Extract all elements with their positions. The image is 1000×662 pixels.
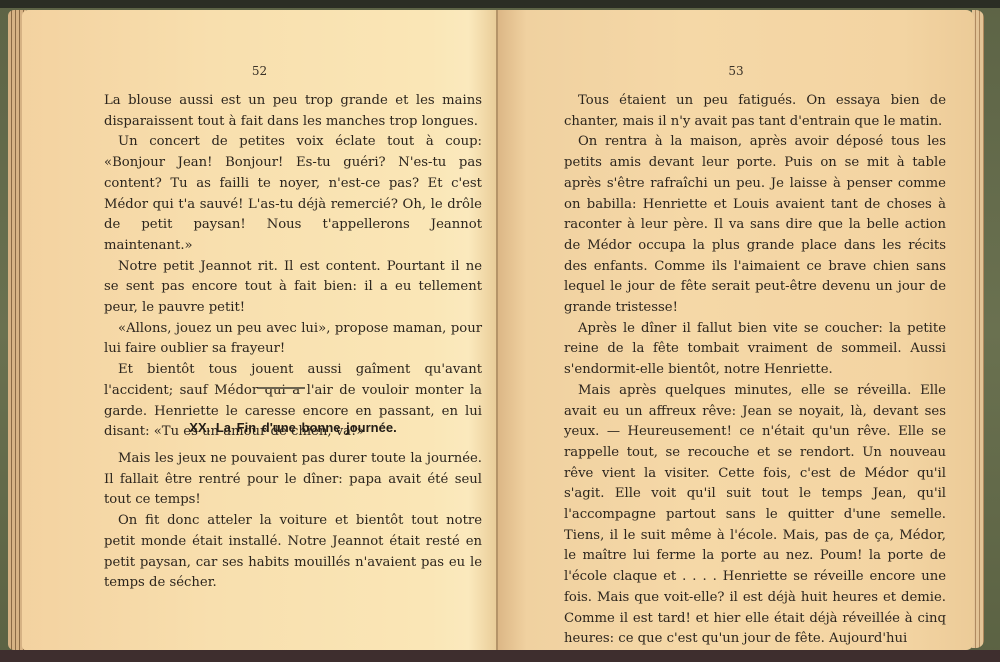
paragraph: Mais après quelques minutes, elle se rév… [564,381,946,650]
paragraph: Après le dîner il fallut bien vite se co… [564,319,946,381]
right-page: 53 Tous étaient un peu fatigués. On essa… [498,10,974,650]
paragraph: Notre petit Jeannot rit. Il est content.… [104,257,482,319]
paragraph: On rentra à la maison, après avoir dépos… [564,132,946,318]
paragraph: La blouse aussi est un peu trop grande e… [104,91,482,132]
paragraph: Tous étaient un peu fatigués. On essaya … [564,91,946,132]
page-number-left: 52 [22,64,497,78]
right-page-text: Tous étaient un peu fatigués. On essaya … [564,91,946,650]
section-divider [258,387,305,389]
left-page-text-after-chapter: Mais les jeux ne pouvaient pas durer tou… [104,449,482,594]
cover-top-edge [0,0,1000,8]
paragraph: On fit donc atteler la voiture et bientô… [104,511,482,594]
paragraph: Un concert de petites voix éclate tout à… [104,132,482,256]
paragraph: «Allons, jouez un peu avec lui», propose… [104,319,482,360]
chapter-heading: XX. La Fin d'une bonne journée. [104,420,482,435]
left-page: 52 La blouse aussi est un peu trop grand… [22,10,497,650]
paragraph: Mais les jeux ne pouvaient pas durer tou… [104,449,482,511]
cover-bottom-edge [0,650,1000,662]
left-page-text-before-chapter: La blouse aussi est un peu trop grande e… [104,91,482,443]
page-number-right: 53 [498,64,974,78]
